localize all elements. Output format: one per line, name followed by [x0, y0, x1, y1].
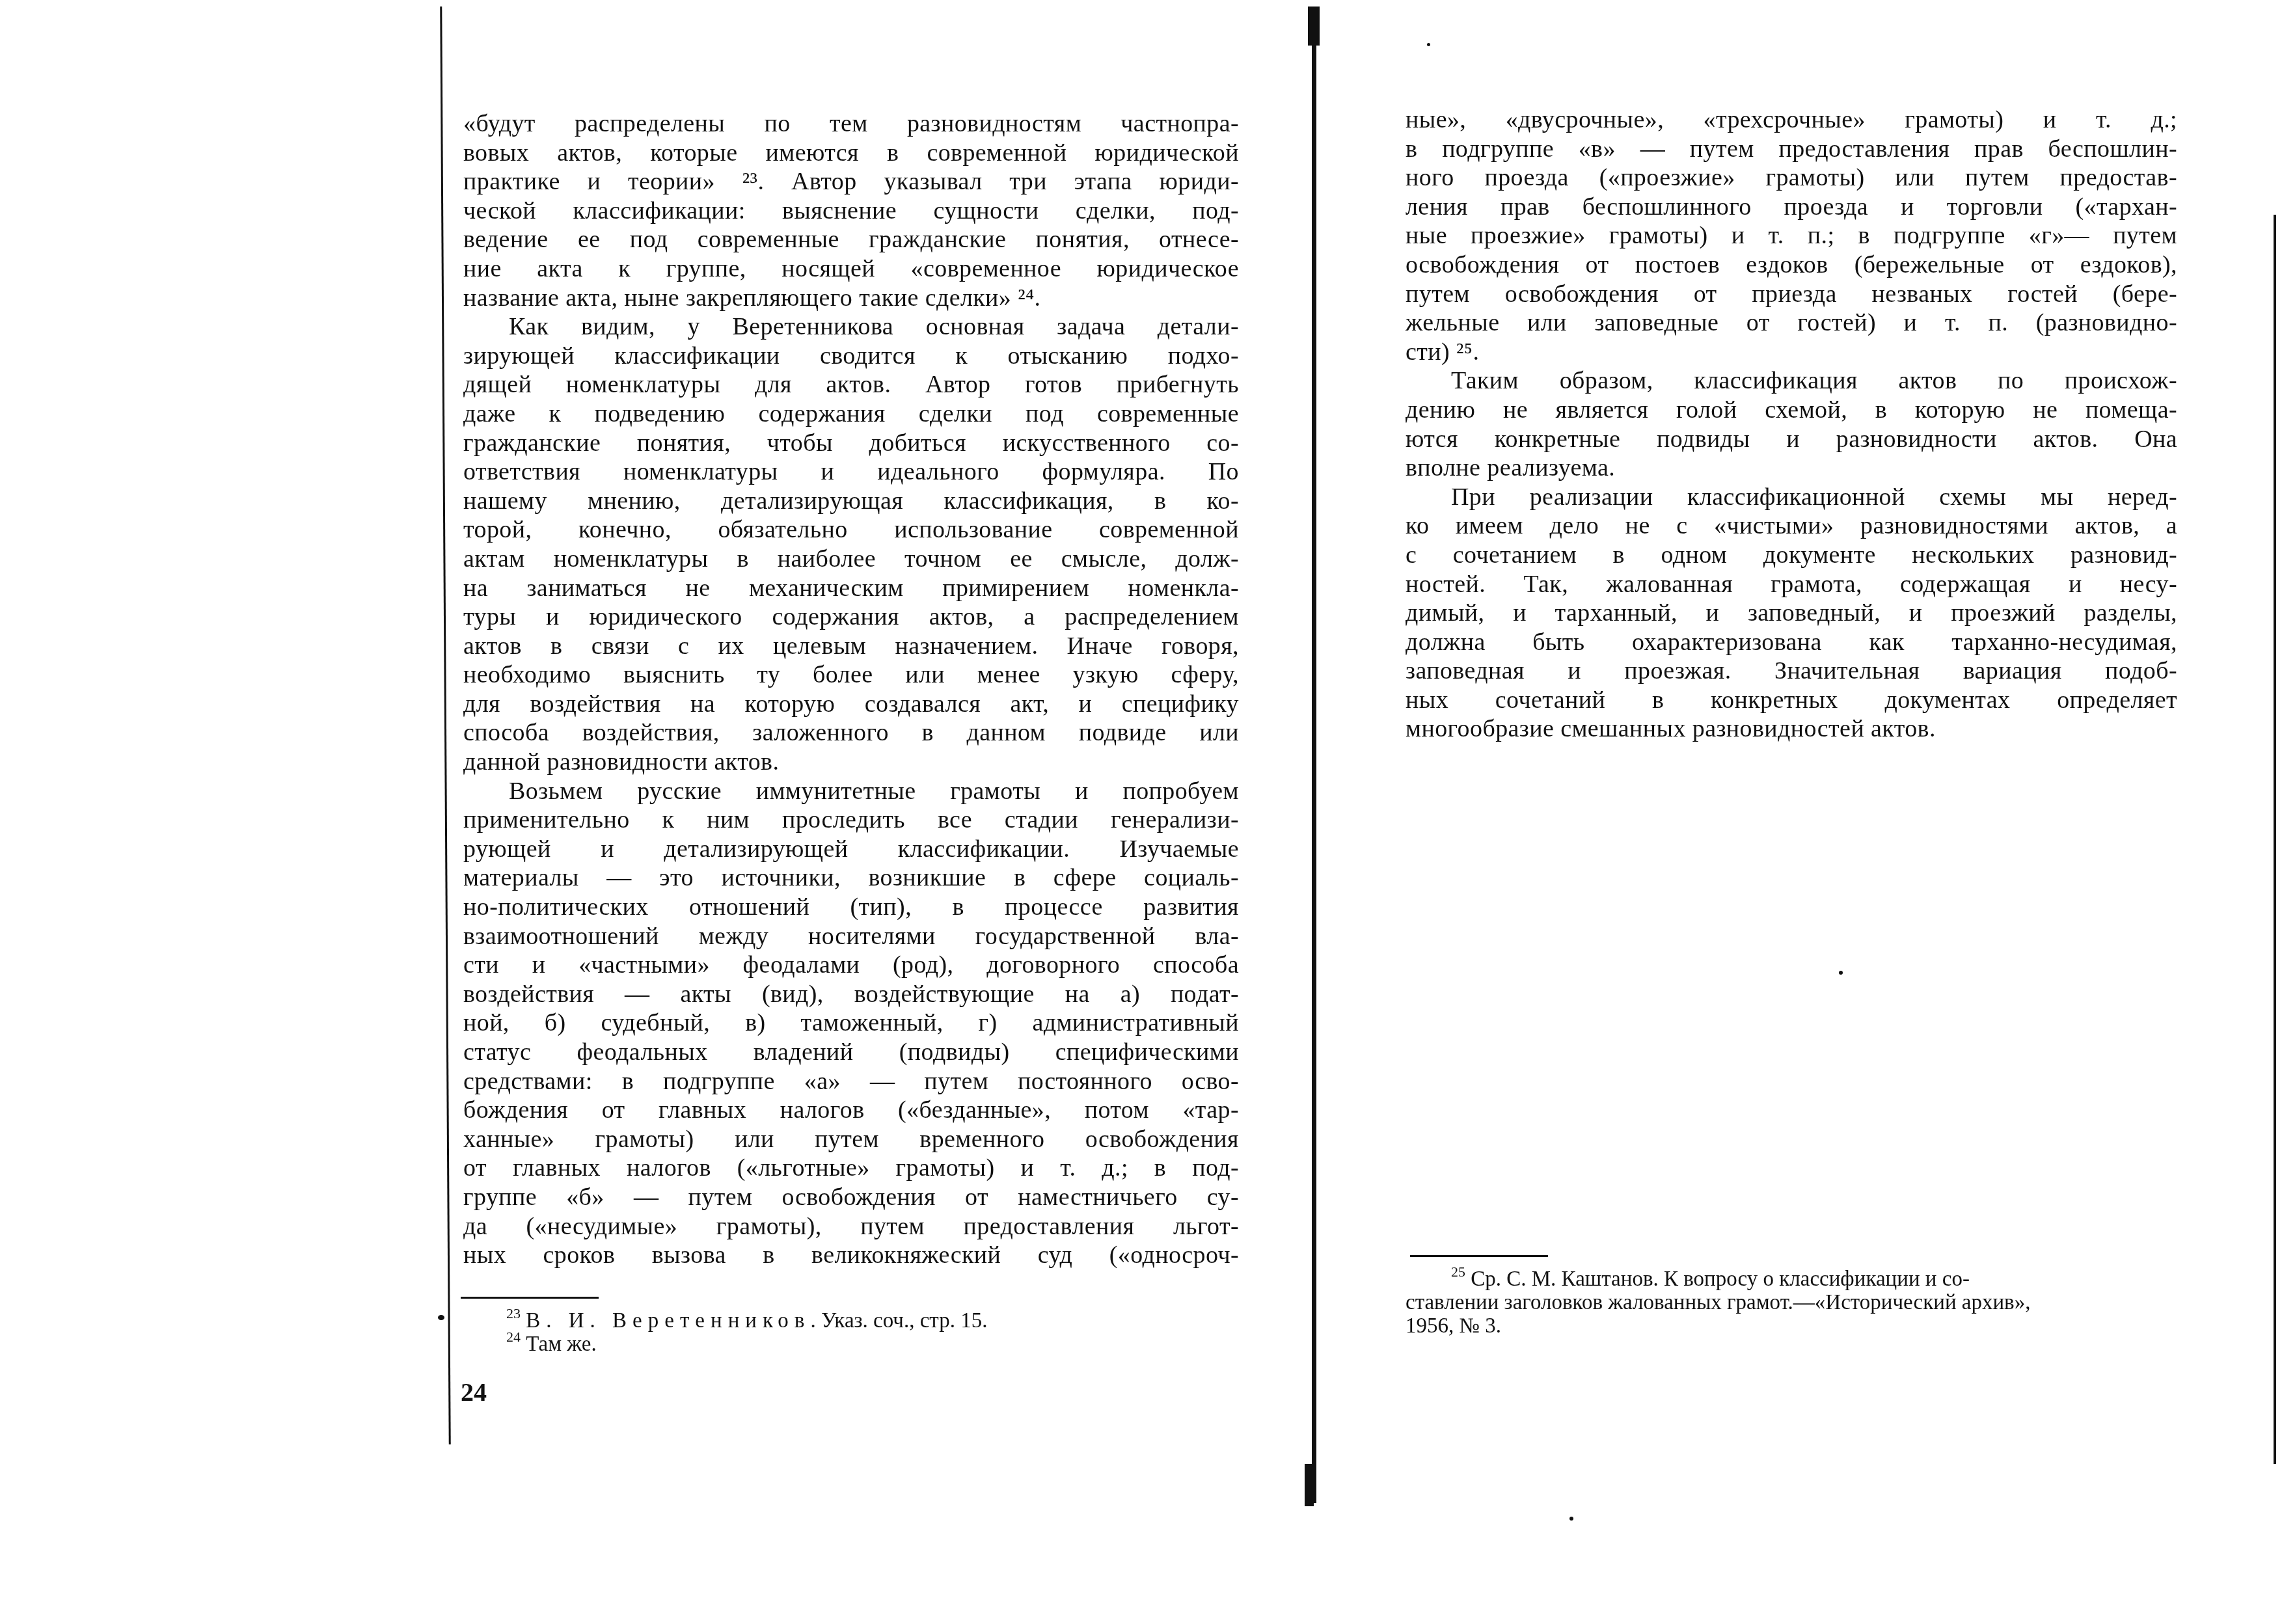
text-line: ления прав беспошлинного проезда и торго…	[1406, 193, 2177, 222]
text-line: ние акта к группе, носящей «современное …	[463, 254, 1239, 284]
text-line: торой, конечно, обязательно использовани…	[463, 515, 1239, 545]
text-line: зирующей классификации сводится к отыска…	[463, 342, 1239, 371]
text-line: ются конкретные подвиды и разновидности …	[1406, 425, 2177, 454]
text-line: от главных налогов («льготные» грамоты) …	[463, 1154, 1239, 1183]
footnote-25: 25 Ср. С. М. Каштанов. К вопросу о класс…	[1406, 1267, 2177, 1291]
scan-speck	[1569, 1517, 1573, 1521]
text-line: сти и «частными» феодалами (род), догово…	[463, 951, 1239, 980]
text-line: гражданские понятия, чтобы добиться иску…	[463, 429, 1239, 458]
text-line: актов в связи с их целевым назначением. …	[463, 632, 1239, 661]
text-line: ного проезда («проезжие» грамоты) или пу…	[1406, 163, 2177, 193]
left-page-edge-line	[440, 7, 451, 1444]
text-line: применительно к ним проследить все стади…	[463, 805, 1239, 835]
text-line: название акта, ныне закрепляющего такие …	[463, 284, 1239, 313]
text-line: Возьмем русские иммунитетные грамоты и п…	[463, 777, 1239, 806]
scan-speck	[438, 1315, 444, 1320]
scan-speck	[1839, 971, 1843, 975]
paragraph-1: ные», «двусрочные», «трехсрочные» грамот…	[1406, 105, 2177, 366]
footnote-author: В. И. Веретенников	[526, 1309, 810, 1333]
text-line: способа воздействия, заложенного в данно…	[463, 718, 1239, 748]
text-line: вполне реализуема.	[1406, 453, 2177, 483]
text-line: с сочетанием в одном документе нескольки…	[1406, 541, 2177, 570]
text-line: да («несудимые» грамоты), путем предоста…	[463, 1212, 1239, 1241]
text-line: Таким образом, классификация актов по пр…	[1406, 366, 2177, 396]
text-line: ные», «двусрочные», «трехсрочные» грамот…	[1406, 105, 2177, 135]
right-page-edge-line	[2274, 215, 2276, 1464]
text-line: в подгруппе «в» — путем предоставления п…	[1406, 135, 2177, 164]
footnote-text: Там же.	[526, 1333, 596, 1356]
text-line: необходимо выяснить ту более или менее у…	[463, 660, 1239, 690]
text-line: актам номенклатуры в наиболее точном ее …	[463, 545, 1239, 574]
text-line: дению не является голой схемой, в котору…	[1406, 396, 2177, 425]
text-line: многообразие смешанных разновидностей ак…	[1406, 714, 2177, 744]
text-line: ведение ее под современные гражданские п…	[463, 225, 1239, 254]
footnote-23: 23 В. И. Веретенников. Указ. соч., стр. …	[506, 1309, 987, 1333]
right-page: ные», «двусрочные», «трехсрочные» грамот…	[1406, 105, 2177, 744]
paragraph-2: Как видим, у Веретенникова основная зада…	[463, 312, 1239, 777]
text-line: ных сочетаний в конкретных документах оп…	[1406, 686, 2177, 715]
footnote-24: 24 Там же.	[506, 1333, 987, 1356]
text-line: дящей номенклатуры для актов. Автор гото…	[463, 370, 1239, 399]
text-line: средствами: в подгруппе «а» — путем пост…	[463, 1067, 1239, 1096]
text-line: ной, б) судебный, в) таможенный, г) адми…	[463, 1008, 1239, 1038]
footnote-text: Ср. С. М. Каштанов. К вопросу о классифи…	[1471, 1267, 1970, 1291]
text-line: Как видим, у Веретенникова основная зада…	[463, 312, 1239, 342]
text-line: ные проезжие» грамоты) и т. п.; в подгру…	[1406, 221, 2177, 250]
gutter-top-mark	[1308, 7, 1320, 46]
text-line: практике и теории» ²³. Автор указывал тр…	[463, 167, 1239, 196]
text-line: ответствия номенклатуры и идеального фор…	[463, 457, 1239, 487]
scan-speck	[1427, 43, 1430, 46]
text-line: туры и юридического содержания актов, а …	[463, 602, 1239, 632]
footnote-number: 23	[506, 1305, 521, 1321]
text-line: ко имеем дело не с «чистыми» разновиднос…	[1406, 511, 2177, 541]
text-line: освобождения от постоев ездоков (бережел…	[1406, 250, 2177, 280]
gutter-bottom-mark	[1305, 1464, 1314, 1506]
footnote-divider-right	[1410, 1255, 1548, 1257]
text-line: материалы — это источники, возникшие в с…	[463, 863, 1239, 893]
text-line: должна быть охарактеризована как тарханн…	[1406, 628, 2177, 657]
left-page: «будут распределены по тем разновидностя…	[463, 109, 1239, 1270]
text-line: При реализации классификационной схемы м…	[1406, 483, 2177, 512]
footnote-text: . Указ. соч., стр. 15.	[810, 1309, 987, 1333]
text-line: данной разновидности актов.	[463, 748, 1239, 777]
text-line: воздействия — акты (вид), воздействующие…	[463, 980, 1239, 1009]
text-line: рующей и детализирующей классификации. И…	[463, 835, 1239, 864]
text-line: путем освобождения от приезда незваных г…	[1406, 280, 2177, 309]
footnote-text-line: 1956, № 3.	[1406, 1314, 2177, 1338]
page-number: 24	[461, 1377, 487, 1407]
text-line: заповедная и проезжая. Значительная вари…	[1406, 656, 2177, 686]
footnote-text-line: ставлении заголовков жалованных грамот.—…	[1406, 1291, 2177, 1314]
text-line: ных сроков вызова в великокняжеский суд …	[463, 1241, 1239, 1270]
text-line: для воздействия на которую создавался ак…	[463, 690, 1239, 719]
book-spread: «будут распределены по тем разновидностя…	[0, 0, 2282, 1624]
text-line: на заниматься не механическим примирение…	[463, 574, 1239, 603]
text-line: жельные или заповедные от гостей) и т. п…	[1406, 308, 2177, 338]
text-line: взаимоотношений между носителями государ…	[463, 922, 1239, 951]
text-line: «будут распределены по тем разновидностя…	[463, 109, 1239, 139]
text-line: вовых актов, которые имеются в современн…	[463, 139, 1239, 168]
footnote-number: 24	[506, 1329, 521, 1345]
text-line: сти) ²⁵.	[1406, 338, 2177, 367]
text-line: димый, и тарханный, и заповедный, и прое…	[1406, 599, 2177, 628]
footnotes-left: 23 В. И. Веретенников. Указ. соч., стр. …	[506, 1309, 987, 1356]
gutter-line	[1312, 7, 1316, 1503]
text-line: но-политических отношений (тип), в проце…	[463, 893, 1239, 922]
text-line: бождения от главных налогов («безданные»…	[463, 1096, 1239, 1125]
text-line: ческой классификации: выяснение сущности…	[463, 196, 1239, 226]
footnote-number: 25	[1451, 1264, 1465, 1280]
text-line: ностей. Так, жалованная грамота, содержа…	[1406, 570, 2177, 599]
paragraph-2: Таким образом, классификация актов по пр…	[1406, 366, 2177, 482]
text-line: статус феодальных владений (подвиды) спе…	[463, 1038, 1239, 1067]
text-line: нашему мнению, детализирующая классифика…	[463, 487, 1239, 516]
paragraph-3: Возьмем русские иммунитетные грамоты и п…	[463, 777, 1239, 1270]
paragraph-1: «будут распределены по тем разновидностя…	[463, 109, 1239, 312]
footnote-divider-left	[461, 1297, 599, 1299]
text-line: даже к подведению содержания сделки под …	[463, 399, 1239, 429]
footnotes-right: 25 Ср. С. М. Каштанов. К вопросу о класс…	[1406, 1267, 2177, 1338]
text-line: ханные» грамоты) или путем временного ос…	[463, 1125, 1239, 1154]
paragraph-3: При реализации классификационной схемы м…	[1406, 483, 2177, 744]
text-line: группе «б» — путем освобождения от намес…	[463, 1183, 1239, 1212]
